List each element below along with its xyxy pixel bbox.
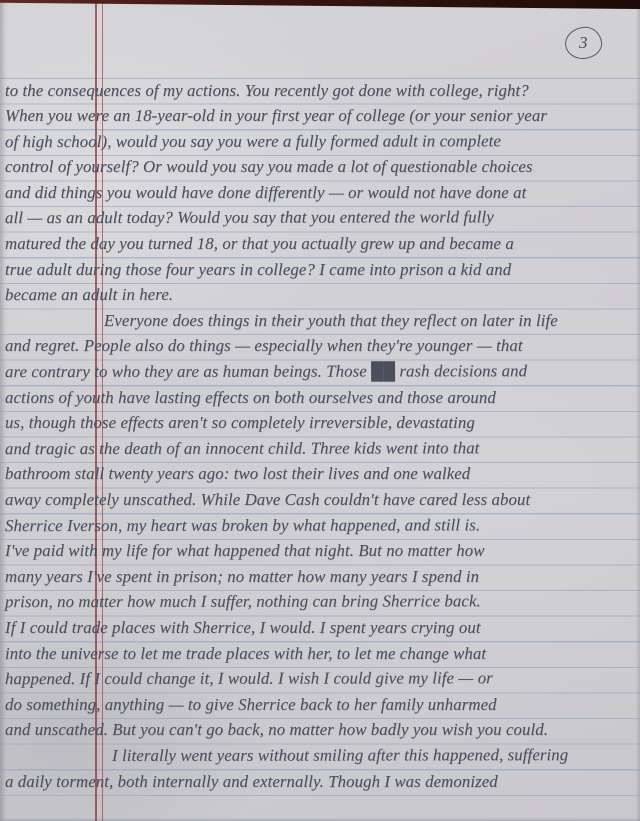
handwritten-line: a daily torment, both internally and ext… xyxy=(0,769,640,795)
handwritten-line: of high school), would you say you were … xyxy=(0,128,640,155)
handwritten-line: true adult during those four years in co… xyxy=(0,257,640,283)
handwritten-line: bathroom stall twenty years ago: two los… xyxy=(0,462,640,488)
handwritten-page: 3 to the consequences of my actions. You… xyxy=(0,0,640,821)
page-number-circle: 3 xyxy=(563,25,604,61)
letter-body: to the consequences of my actions. You r… xyxy=(0,78,640,795)
handwritten-line: If I could trade places with Sherrice, I… xyxy=(0,615,640,641)
handwritten-line: Everyone does things in their youth that… xyxy=(0,308,640,334)
handwritten-line: I literally went years without smiling a… xyxy=(0,742,640,769)
handwritten-line: are contrary to who they are as human be… xyxy=(0,358,640,385)
handwritten-line: Sherrice Iverson, my heart was broken by… xyxy=(0,512,640,539)
handwritten-line: matured the day you turned 18, or that y… xyxy=(0,231,640,257)
handwritten-line: and did things you would have done diffe… xyxy=(0,180,640,206)
handwritten-line: actions of youth have lasting effects on… xyxy=(0,385,640,411)
handwritten-line: and tragic as the death of an innocent c… xyxy=(0,435,640,462)
page-number: 3 xyxy=(579,33,588,53)
handwritten-line: control of yourself? Or would you say yo… xyxy=(0,154,640,180)
handwritten-line: do something, anything — to give Sherric… xyxy=(0,692,640,718)
handwritten-line: and regret. People also do things — espe… xyxy=(0,333,640,359)
handwritten-line: many years I've spent in prison; no matt… xyxy=(0,564,640,590)
handwritten-line: I've paid with my life for what happened… xyxy=(0,538,640,564)
handwritten-line: to the consequences of my actions. You r… xyxy=(0,78,640,104)
handwritten-line: became an adult in here. xyxy=(0,281,640,308)
handwritten-line: happened. If I could change it, I would.… xyxy=(0,665,640,692)
handwritten-line: and unscathed. But you can't go back, no… xyxy=(0,717,640,743)
handwritten-line: us, though those effects aren't so compl… xyxy=(0,410,640,436)
handwritten-line: prison, no matter how much I suffer, not… xyxy=(0,588,640,615)
handwritten-line: When you were an 18-year-old in your fir… xyxy=(0,103,640,129)
handwritten-line: into the universe to let me trade places… xyxy=(0,641,640,667)
handwritten-line: away completely unscathed. While Dave Ca… xyxy=(0,487,640,513)
handwritten-line: all — as an adult today? Would you say t… xyxy=(0,205,640,232)
